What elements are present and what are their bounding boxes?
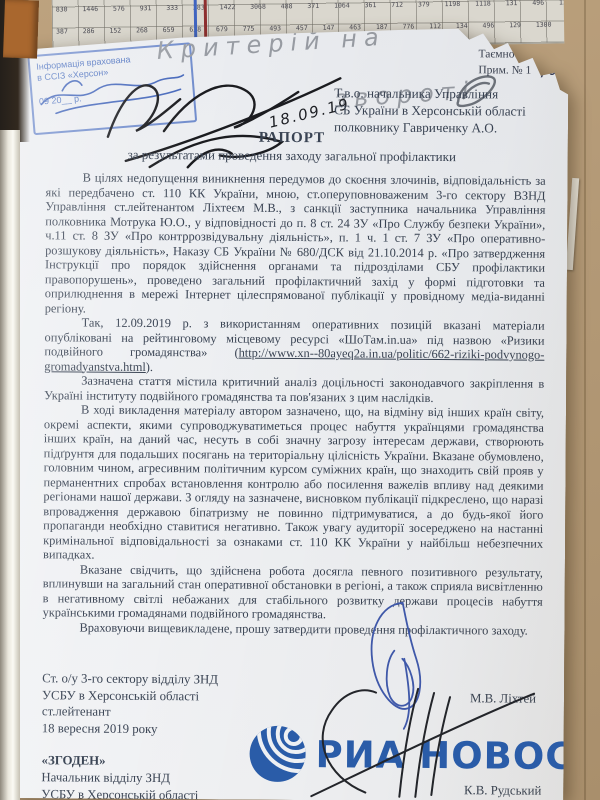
body-paragraph: Зазначена стаття містила критичний аналі… bbox=[44, 373, 544, 405]
cardboard-crease bbox=[584, 0, 586, 800]
ria-globe-icon bbox=[247, 724, 307, 784]
paper-sheet: Інформація врахована в ССІЗ «Херсон» 09 … bbox=[14, 26, 566, 800]
copy-label: Прим. № 176 bbox=[478, 61, 556, 78]
signing-officer-block: Ст. о/у 3-го сектору відділу ЗНД УСБУ в … bbox=[42, 670, 218, 737]
body-paragraph: Враховуючи вищевикладене, прошу затверди… bbox=[42, 620, 542, 638]
body-paragraph: В цілях недопущення виникнення передумов… bbox=[45, 170, 546, 318]
report-body: В цілях недопущення виникнення передумов… bbox=[42, 170, 545, 637]
torn-paper-sliver bbox=[566, 178, 579, 270]
curled-page-edge bbox=[0, 130, 20, 800]
addressee-block: Т.в.о. начальника Управління СБ України … bbox=[334, 84, 562, 137]
table-row: 830 1446 576 931 333 283 1422 3068 488 3… bbox=[56, 0, 564, 14]
approver-position-line: УСБУ в Херсонській області bbox=[41, 786, 198, 800]
report-date: 18 вересня 2019 року bbox=[42, 720, 218, 738]
orange-book-spine bbox=[3, 0, 39, 59]
body-paragraph: В ході викладення матеріалу автором зазн… bbox=[43, 402, 544, 565]
officer-position-line: Ст. о/у 3-го сектору відділу ЗНД bbox=[42, 670, 218, 688]
agreement-header: «ЗГОДЕН» bbox=[42, 752, 199, 770]
classification-block: Таємно Прим. № 176 bbox=[478, 47, 556, 78]
copy-number-handwritten: 76 bbox=[536, 62, 558, 80]
officer-rank: ст.лейтенант bbox=[42, 703, 218, 721]
body-paragraph: Вказане свідчить, що здійснена робота до… bbox=[43, 562, 543, 623]
final-signature bbox=[303, 680, 544, 800]
addressee-line: СБ України в Херсонській області bbox=[334, 101, 562, 120]
agreement-block: «ЗГОДЕН» Начальник відділу ЗНД УСБУ в Хе… bbox=[41, 752, 198, 800]
secrecy-label: Таємно bbox=[478, 47, 556, 62]
photo-background: 830 1446 576 931 333 283 1422 3068 488 3… bbox=[0, 0, 600, 800]
officer-position-line: УСБУ в Херсонській області bbox=[42, 687, 218, 705]
addressee-line: Т.в.о. начальника Управління bbox=[334, 84, 562, 103]
approver-position-line: Начальник відділу ЗНД bbox=[41, 769, 198, 787]
body-paragraph: Так, 12.09.2019 р. з використанням опера… bbox=[44, 315, 544, 376]
